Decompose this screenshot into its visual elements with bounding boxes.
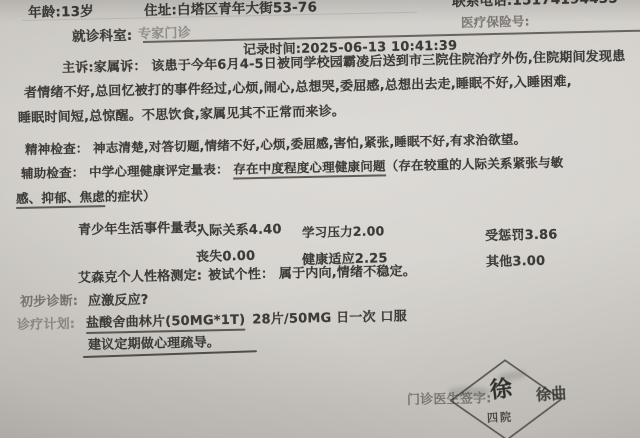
medical-record-photo: 联系电话:15174194435 年龄:13岁 住址:白塔区青年大街53-76 … xyxy=(0,0,640,438)
hospital-diamond-stamp xyxy=(449,359,562,438)
eysenck-label: 艾森克个人性格测定: xyxy=(78,268,202,286)
insurance-number-label: 医疗保险号: xyxy=(461,12,530,31)
scale-item-other: 其他3.00 xyxy=(486,250,546,270)
diagnosis-label: 初步诊断: xyxy=(20,290,79,310)
chief-complaint-line2: 者情绪不好,总回忆被打的事件经过,心烦,闹心,总想哭,委屈感,总想出去走,睡眠不… xyxy=(24,71,572,101)
department-label: 就诊科室: xyxy=(72,24,133,45)
scale-item-punishment: 受惩罚3.86 xyxy=(485,223,558,244)
aux-exam-label: 辅助检查： 中学心理健康评定量表： xyxy=(21,162,234,181)
aux-exam-underlined-symptoms: 感、抑郁、焦虑 xyxy=(16,189,105,209)
diagnosis-value: 应激反应? xyxy=(88,289,149,309)
department-value: 专家门诊 xyxy=(138,22,191,42)
aux-exam-underlined-finding: 存在中度程度心理健康问题 xyxy=(233,158,386,179)
scale-item-study-pressure: 学习压力2.00 xyxy=(302,221,385,241)
aux-exam-line2: 感、抑郁、焦虑的症状） xyxy=(16,186,156,207)
eysenck-line: 艾森克个人性格测定:被试个性： 属于内向,情绪不稳定。 xyxy=(78,260,416,286)
stamp-inner-text: 四院 xyxy=(487,408,514,425)
aux-exam-tail1: （存在较重的人际关系紧张与敏 xyxy=(385,155,563,174)
plan-advice: 建议定期做心理疏导。 xyxy=(88,331,220,353)
scale-item-interpersonal: 人际关系4.40 xyxy=(196,218,282,239)
plan-label: 诊疗计划: xyxy=(17,313,76,333)
plan-medication-line: 盐酸舍曲林片(50MG*1T)28片/50MG 日一次 口服 xyxy=(86,305,407,331)
medication-name-underlined: 盐酸舍曲林片(50MG*1T) xyxy=(86,313,246,334)
eysenck-value: 被试个性： 属于内向,情绪不稳定。 xyxy=(208,264,416,283)
document-content: 联系电话:15174194435 年龄:13岁 住址:白塔区青年大街53-76 … xyxy=(0,0,640,438)
phone-cut-text: 联系电话:15174194435 xyxy=(452,0,618,10)
mental-exam-line: 精神检查： 神志清楚,对答切题,情绪不好,心烦,委屈感,害怕,紧张,睡眠不好,有… xyxy=(25,130,527,158)
medication-dosage: 28片/50MG 日一次 口服 xyxy=(252,309,407,327)
scale-item-loss: 丧失0.00 xyxy=(196,245,256,265)
life-events-title: 青少年生活事件量表: xyxy=(78,216,203,238)
aux-exam-line1: 辅助检查： 中学心理健康评定量表： 存在中度程度心理健康问题（存在较重的人际关系… xyxy=(21,153,564,182)
chief-complaint-line3: 睡眠时间短,总惊醒。不思饮食,家属见其不正常而来诊。 xyxy=(18,100,345,126)
aux-exam-tail2: 的症状） xyxy=(105,188,156,204)
